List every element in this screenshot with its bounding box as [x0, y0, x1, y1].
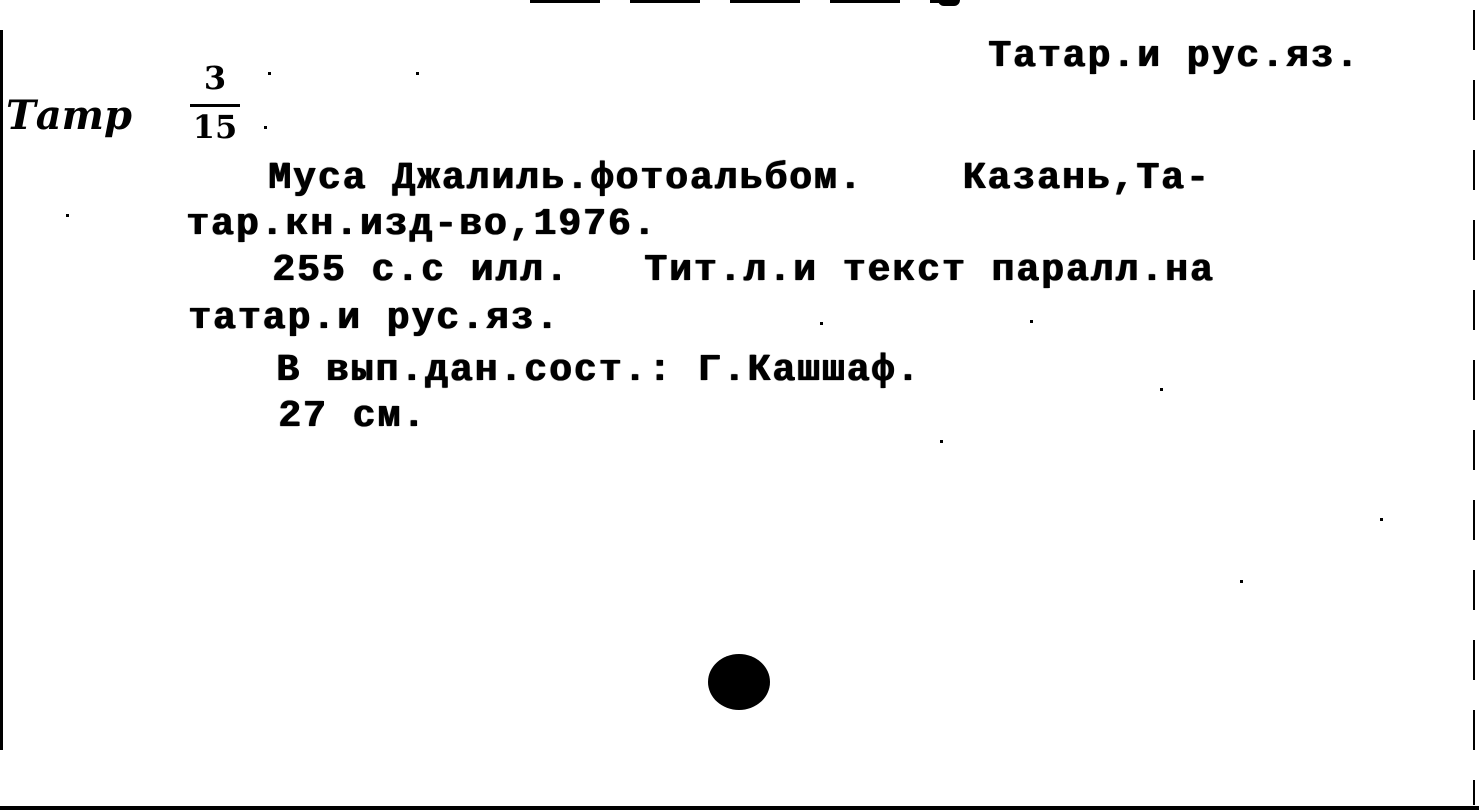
speck [1160, 388, 1163, 391]
card-top-notch [938, 0, 960, 6]
speck [264, 126, 267, 129]
speck [820, 322, 823, 325]
language-note-header: Татар.и рус.яз. [988, 38, 1360, 76]
speck [1380, 518, 1383, 521]
speck [1240, 580, 1243, 583]
speck [1030, 320, 1033, 323]
entry-line-1: Муса Джалиль.фотоальбом. Казань,Та- [268, 160, 1211, 198]
punch-hole [708, 654, 770, 710]
card-bottom-edge [0, 806, 1479, 810]
call-number-prefix: Татр [6, 92, 132, 139]
card-left-edge [0, 30, 3, 750]
call-number-fraction: 3 15 [190, 62, 240, 143]
entry-line-5: В вып.дан.сост.: Г.Кашшаф. [276, 352, 921, 390]
entry-line-4: татар.и рус.яз. [188, 300, 560, 338]
card-top-edge [530, 0, 950, 3]
call-number-numerator: 3 [190, 62, 240, 102]
card-right-edge [1473, 10, 1475, 805]
call-number-denominator: 15 [190, 111, 240, 143]
entry-line-6: 27 см. [278, 398, 427, 436]
entry-line-2: тар.кн.изд-во,1976. [186, 206, 657, 244]
speck [416, 72, 419, 75]
catalog-card: Татр 3 15 Татар.и рус.яз. Муса Джалиль.ф… [0, 0, 1479, 810]
fraction-bar [190, 104, 240, 107]
speck [268, 72, 271, 75]
speck [940, 440, 943, 443]
speck [66, 214, 69, 217]
entry-line-3: 255 с.с илл. Тит.л.и текст паралл.на [272, 252, 1215, 290]
